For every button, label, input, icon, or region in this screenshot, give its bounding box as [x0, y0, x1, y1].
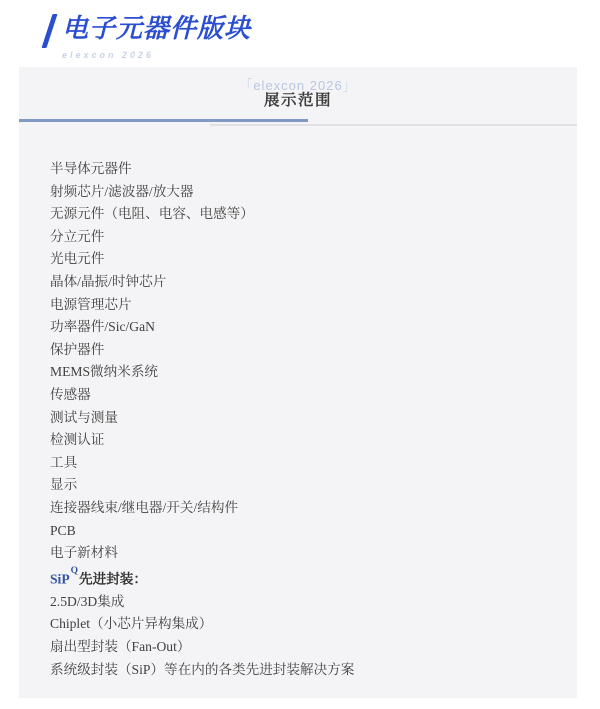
list-item: PCB	[50, 520, 557, 543]
list-item: Chiplet（小芯片异构集成）	[50, 613, 557, 636]
list-item-sip-heading: SiPQ先进封装：	[50, 565, 557, 591]
list-item: 扇出型封装（Fan-Out）	[50, 636, 557, 659]
list-item: MEMS微纳米系统	[50, 361, 557, 384]
list-item: 光电元件	[50, 248, 557, 271]
header-divider	[210, 124, 577, 126]
list-item: 晶体/晶振/时钟芯片	[50, 271, 557, 294]
list-item: 显示	[50, 474, 557, 497]
magnifier-superscript-icon[interactable]: Q	[71, 566, 78, 576]
list-item: 测试与测量	[50, 407, 557, 430]
list-item: 连接器线束/继电器/开关/结构件	[50, 497, 557, 520]
list-item: 功率器件/Sic/GaN	[50, 316, 557, 339]
title-slash-decoration	[41, 14, 57, 48]
list-item: 射频芯片/滤波器/放大器	[50, 181, 557, 204]
sip-heading-label: 先进封装：	[79, 571, 147, 586]
section-header: 电子元器件版块 elexcon 2026	[47, 12, 251, 60]
tab-display-scope[interactable]: 展示范围	[19, 88, 577, 110]
list-item: 分立元件	[50, 226, 557, 249]
list-item: 半导体元器件	[50, 158, 557, 181]
list-item: 无源元件（电阻、电容、电感等）	[50, 203, 557, 226]
exhibit-category-list: 半导体元器件 射频芯片/滤波器/放大器 无源元件（电阻、电容、电感等） 分立元件…	[19, 126, 577, 681]
exhibit-scope-panel: 「elexcon 2026」 展示范围 半导体元器件 射频芯片/滤波器/放大器 …	[19, 67, 577, 698]
list-item: 工具	[50, 452, 557, 475]
panel-header: 「elexcon 2026」 展示范围	[19, 67, 577, 126]
list-item: 系统级封装（SiP）等在内的各类先进封装解决方案	[50, 659, 557, 682]
list-item: 检测认证	[50, 429, 557, 452]
list-item: 电子新材料	[50, 542, 557, 565]
section-title: 电子元器件版块	[62, 12, 251, 44]
list-item: 2.5D/3D集成	[50, 591, 557, 614]
section-subtitle: elexcon 2026	[62, 50, 251, 60]
list-item: 保护器件	[50, 339, 557, 362]
page: 电子元器件版块 elexcon 2026 「elexcon 2026」 展示范围…	[0, 0, 600, 709]
list-item: 电源管理芯片	[50, 294, 557, 317]
active-tab-underline	[19, 119, 308, 122]
sip-text: SiP	[50, 571, 70, 586]
title-row: 电子元器件版块	[47, 12, 251, 48]
list-item: 传感器	[50, 384, 557, 407]
